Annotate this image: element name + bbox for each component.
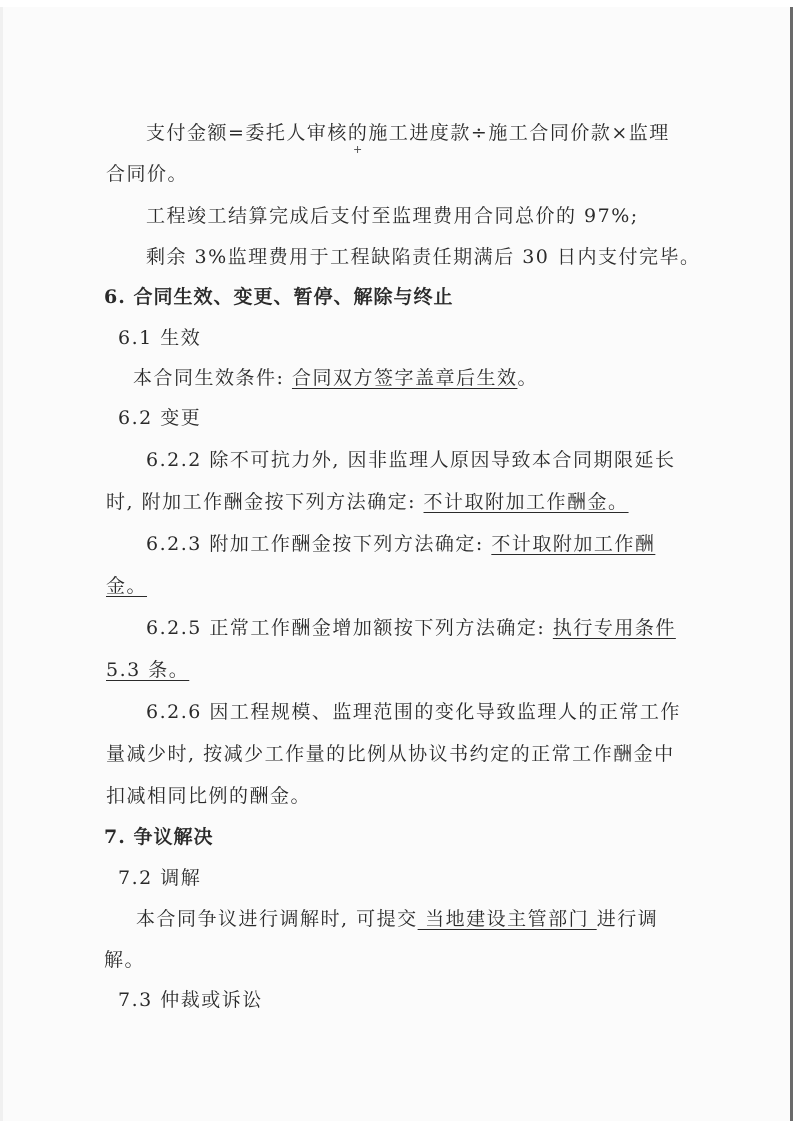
section-7-heading: 7. 争议解决 xyxy=(104,825,213,849)
clause-6-2-3-line1: 6.2.3 附加工作酬金按下列方法确定: 不计取附加工作酬 xyxy=(146,532,655,556)
scan-top-margin xyxy=(0,0,793,7)
clause-6-2-2-value: 不计取附加工作酬金。 xyxy=(424,491,629,513)
payment-formula-line2: 合同价。 xyxy=(106,162,188,186)
mediation-line2: 解。 xyxy=(104,948,145,972)
effective-condition: 本合同生效条件: 合同双方签字盖章后生效。 xyxy=(133,366,538,390)
clause-6-2-5-label: 6.2.5 正常工作酬金增加额按下列方法确定: xyxy=(146,617,553,639)
clause-6-2-5-value-cont: 5.3 条。 xyxy=(106,659,189,681)
completion-payment-text: 工程竣工结算完成后支付至监理费用合同总价的 97%; xyxy=(146,204,639,228)
clause-6-2-5-line1: 6.2.5 正常工作酬金增加额按下列方法确定: 执行专用条件 xyxy=(146,616,676,640)
clause-6-2-3-line2: 金。 xyxy=(106,574,147,598)
scan-speck: + xyxy=(353,143,362,156)
clause-6-2-2-label: 时, 附加工作酬金按下列方法确定: xyxy=(106,491,424,513)
mediation-line1: 本合同争议进行调解时, 可提交 当地建设主管部门 进行调 xyxy=(136,907,658,931)
scan-left-edge xyxy=(0,7,3,1121)
remaining-payment-text: 剩余 3%监理费用于工程缺陷责任期满后 30 日内支付完毕。 xyxy=(146,245,700,269)
clause-6-2-2-line1: 6.2.2 除不可抗力外, 因非监理人原因导致本合同期限延长 xyxy=(146,448,675,472)
clause-6-2-6-line2: 量减少时, 按减少工作量的比例从协议书约定的正常工作酬金中 xyxy=(106,742,675,766)
clause-6-2-2-line2: 时, 附加工作酬金按下列方法确定: 不计取附加工作酬金。 xyxy=(106,490,629,514)
clause-6-2-5-value: 执行专用条件 xyxy=(553,617,676,639)
clause-6-2-3-label: 6.2.3 附加工作酬金按下列方法确定: xyxy=(146,533,491,555)
clause-6-2-6-line1: 6.2.6 因工程规模、监理范围的变化导致监理人的正常工作 xyxy=(146,700,681,724)
clause-6-2-3-value-cont: 金。 xyxy=(106,575,147,597)
section-6-1-heading: 6.1 生效 xyxy=(118,326,201,350)
clause-6-2-3-value: 不计取附加工作酬 xyxy=(491,533,655,555)
effective-condition-tail: 。 xyxy=(517,367,538,389)
mediation-authority: 当地建设主管部门 xyxy=(418,908,597,930)
effective-condition-value: 合同双方签字盖章后生效 xyxy=(292,367,518,389)
clause-6-2-6-line3: 扣减相同比例的酬金。 xyxy=(106,784,311,808)
clause-6-2-5-line2: 5.3 条。 xyxy=(106,658,189,682)
payment-formula-line1: 支付金额=委托人审核的施工进度款÷施工合同价款×监理 xyxy=(146,121,670,145)
mediation-tail: 进行调 xyxy=(597,908,659,930)
mediation-label: 本合同争议进行调解时, 可提交 xyxy=(136,908,418,930)
effective-condition-label: 本合同生效条件: xyxy=(133,367,292,389)
section-6-heading: 6. 合同生效、变更、暂停、解除与终止 xyxy=(104,285,453,309)
section-7-3-heading: 7.3 仲裁或诉讼 xyxy=(118,988,263,1012)
section-7-2-heading: 7.2 调解 xyxy=(118,866,201,890)
scanned-page: 支付金额=委托人审核的施工进度款÷施工合同价款×监理 + 合同价。 工程竣工结算… xyxy=(0,0,793,1121)
section-6-2-heading: 6.2 变更 xyxy=(118,406,201,430)
